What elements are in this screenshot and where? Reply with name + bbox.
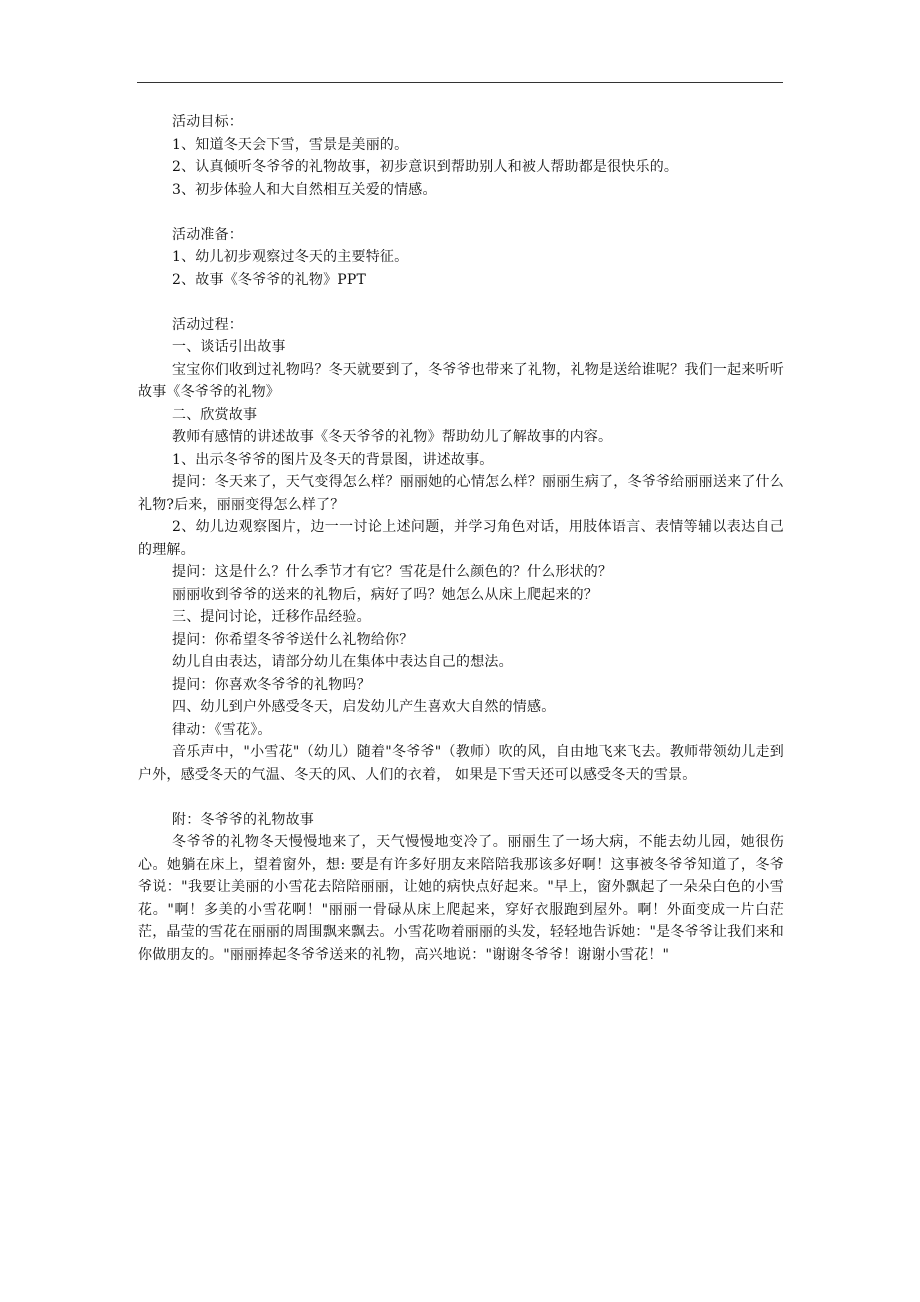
process-paragraph: 2、幼儿边观察图片，边一一讨论上述问题，并学习角色对话，用肢体语言、表情等辅以表… [138, 516, 784, 561]
goal-item: 3、初步体验人和大自然相互关爱的情感。 [138, 179, 784, 202]
document-body: 活动目标： 1、知道冬天会下雪，雪景是美丽的。 2、认真倾听冬爷爷的礼物故事，初… [138, 111, 784, 966]
preparation-item: 1、幼儿初步观察过冬天的主要特征。 [138, 246, 784, 269]
process-paragraph: 律动：《雪花》。 [138, 719, 784, 742]
process-paragraph: 1、出示冬爷爷的图片及冬天的背景图，讲述故事。 [138, 449, 784, 472]
spacer [138, 291, 784, 314]
section-heading-preparation: 活动准备： [138, 224, 784, 247]
section-heading-appendix: 附：冬爷爷的礼物故事 [138, 809, 784, 832]
spacer [138, 786, 784, 809]
goal-item: 1、知道冬天会下雪，雪景是美丽的。 [138, 134, 784, 157]
spacer [138, 201, 784, 224]
goal-item: 2、认真倾听冬爷爷的礼物故事，初步意识到帮助别人和被人帮助都是很快乐的。 [138, 156, 784, 179]
process-paragraph: 音乐声中，"小雪花"（幼儿）随着"冬爷爷"（教师）吹的风，自由地飞来飞去。教师带… [138, 741, 784, 786]
section-heading-process: 活动过程： [138, 314, 784, 337]
process-question: 提问：冬天来了，天气变得怎么样？丽丽她的心情怎么样？丽丽生病了，冬爷爷给丽丽送来… [138, 471, 784, 516]
process-step-heading: 二、欣赏故事 [138, 404, 784, 427]
process-paragraph: 教师有感情的讲述故事《冬天爷爷的礼物》帮助幼儿了解故事的内容。 [138, 426, 784, 449]
process-step-heading: 一、谈话引出故事 [138, 336, 784, 359]
process-question: 提问：你希望冬爷爷送什么礼物给你？ [138, 629, 784, 652]
story-paragraph: 冬爷爷的礼物冬天慢慢地来了，天气慢慢地变冷了。丽丽生了一场大病，不能去幼儿园，她… [138, 831, 784, 966]
section-heading-goals: 活动目标： [138, 111, 784, 134]
process-step-heading: 四、幼儿到户外感受冬天，启发幼儿产生喜欢大自然的情感。 [138, 696, 784, 719]
preparation-item: 2、故事《冬爷爷的礼物》PPT [138, 269, 784, 292]
process-question: 提问：这是什么？什么季节才有它？雪花是什么颜色的？什么形状的？ [138, 561, 784, 584]
process-question: 丽丽收到爷爷的送来的礼物后，病好了吗？她怎么从床上爬起来的？ [138, 584, 784, 607]
process-question: 提问：你喜欢冬爷爷的礼物吗？ [138, 674, 784, 697]
process-paragraph: 幼儿自由表达，请部分幼儿在集体中表达自己的想法。 [138, 651, 784, 674]
header-rule [137, 82, 783, 83]
process-step-heading: 三、提问讨论，迁移作品经验。 [138, 606, 784, 629]
process-paragraph: 宝宝你们收到过礼物吗？冬天就要到了，冬爷爷也带来了礼物，礼物是送给谁呢？我们一起… [138, 359, 784, 404]
